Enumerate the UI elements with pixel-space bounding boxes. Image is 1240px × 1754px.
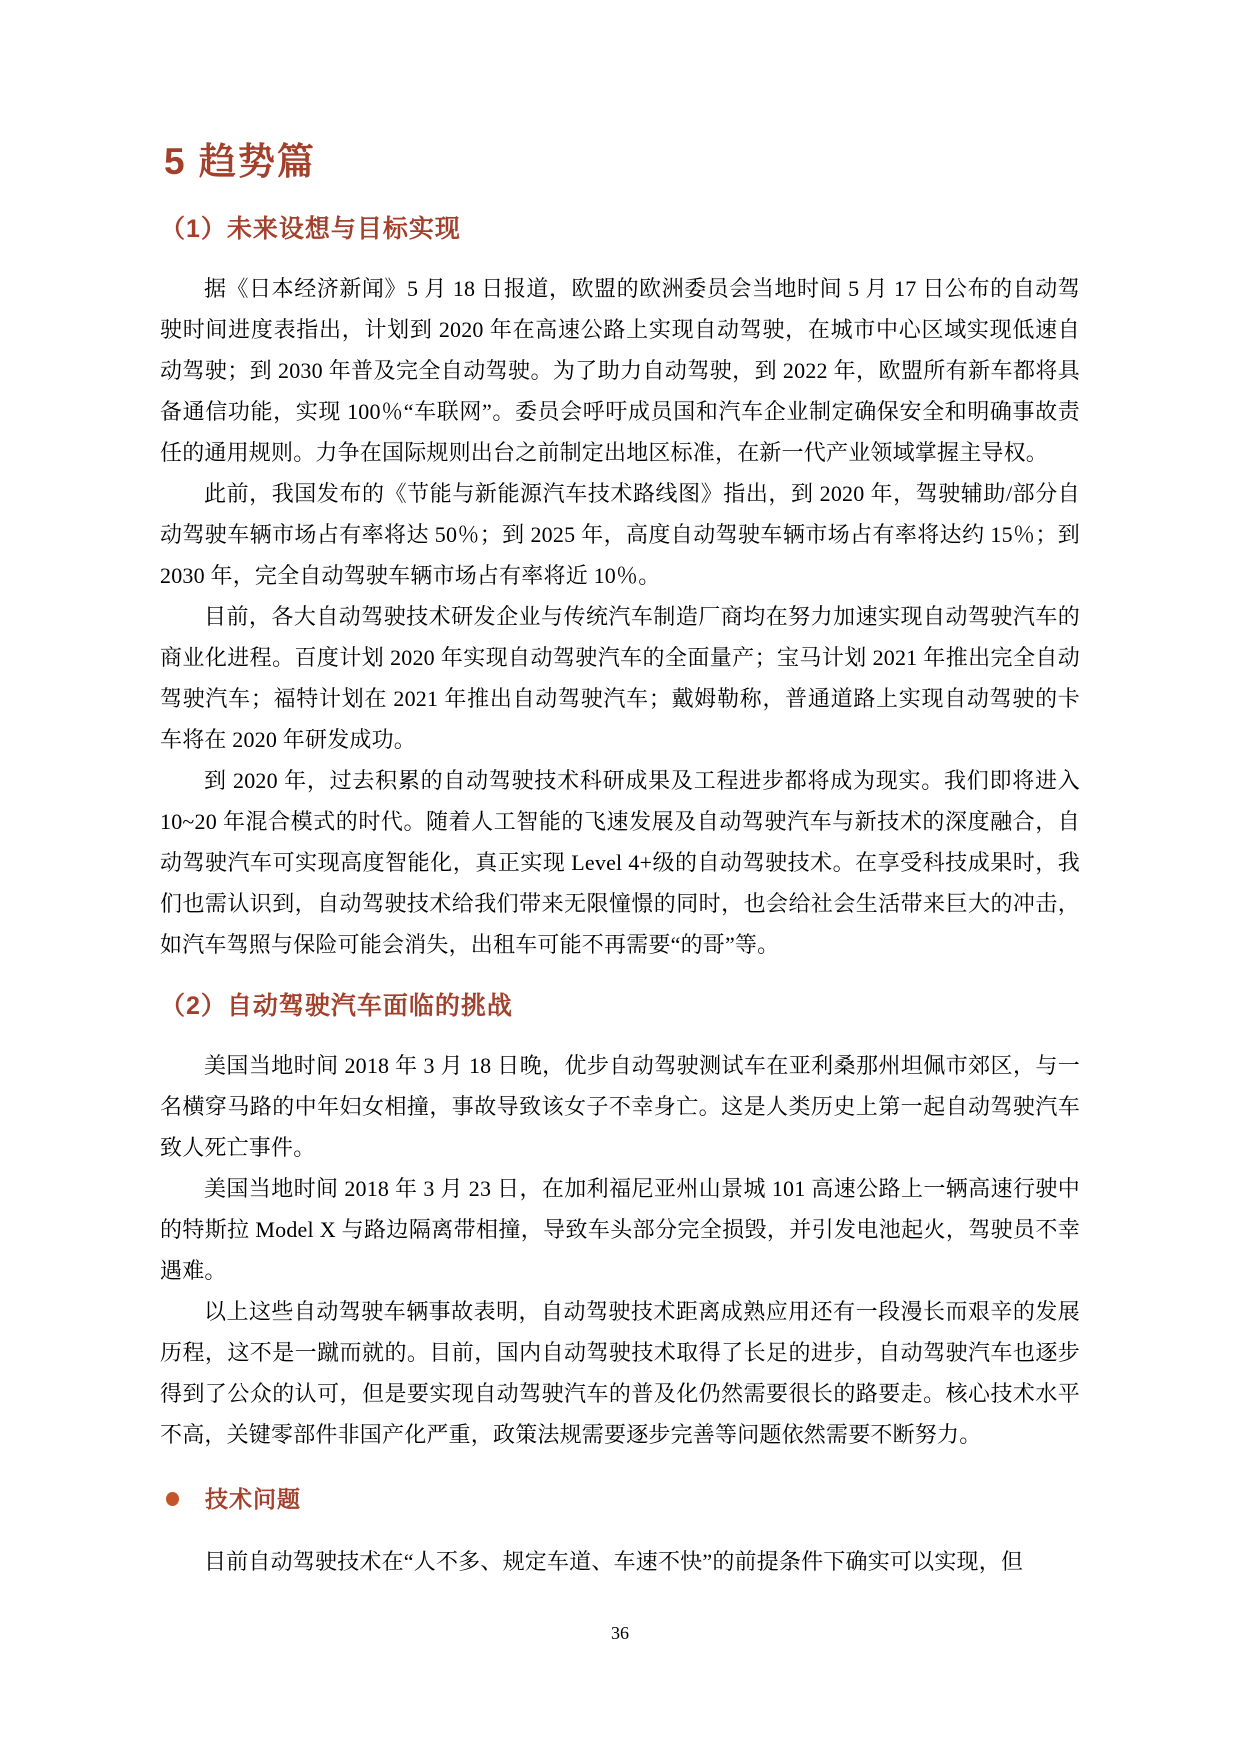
paragraph: 以上这些自动驾驶车辆事故表明，自动驾驶技术距离成熟应用还有一段漫长而艰辛的发展历…: [160, 1291, 1080, 1455]
paragraph: 据《日本经济新闻》5 月 18 日报道，欧盟的欧洲委员会当地时间 5 月 17 …: [160, 268, 1080, 473]
paragraph: 美国当地时间 2018 年 3 月 18 日晚，优步自动驾驶测试车在亚利桑那州坦…: [160, 1045, 1080, 1168]
paragraph: 美国当地时间 2018 年 3 月 23 日，在加利福尼亚州山景城 101 高速…: [160, 1168, 1080, 1291]
page-title: 5 趋势篇: [164, 140, 1080, 184]
section-1-heading: （1）未来设想与目标实现: [160, 214, 1080, 244]
document-page: 5 趋势篇 （1）未来设想与目标实现 据《日本经济新闻》5 月 18 日报道，欧…: [0, 0, 1240, 1754]
bullet-heading-label: 技术问题: [205, 1485, 301, 1513]
page-number: 36: [0, 1622, 1240, 1644]
paragraph: 此前，我国发布的《节能与新能源汽车技术路线图》指出，到 2020 年，驾驶辅助/…: [160, 473, 1080, 596]
bullet-subsection-heading: 技术问题: [166, 1485, 1080, 1513]
paragraph: 到 2020 年，过去积累的自动驾驶技术科研成果及工程进步都将成为现实。我们即将…: [160, 760, 1080, 965]
section-2-heading: （2）自动驾驶汽车面临的挑战: [160, 991, 1080, 1021]
bullet-icon: [166, 1492, 179, 1506]
paragraph: 目前自动驾驶技术在“人不多、规定车道、车速不快”的前提条件下确实可以实现，但: [160, 1541, 1080, 1582]
paragraph: 目前，各大自动驾驶技术研发企业与传统汽车制造厂商均在努力加速实现自动驾驶汽车的商…: [160, 596, 1080, 760]
